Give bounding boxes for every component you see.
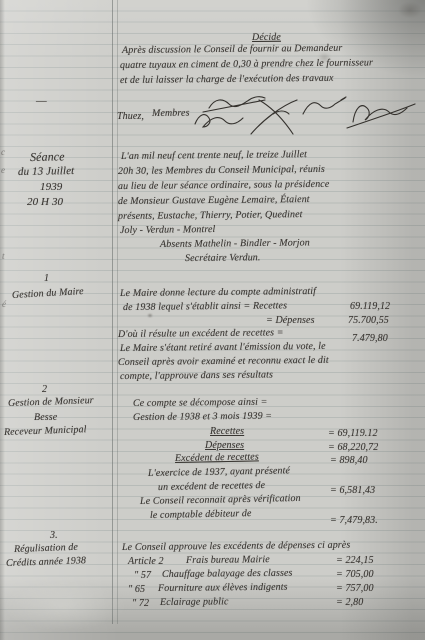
- paper-wear: [2, 582, 127, 630]
- session-line: L'an mil neuf cent trente neuf, le treiz…: [121, 150, 307, 162]
- session-line: au lieu de leur séance ordinaire, sous l…: [118, 180, 329, 192]
- deliberation-line: Après discussion le Conseil de fournir a…: [122, 44, 342, 56]
- margin-heading-gestion-receveur: Gestion de Monsieur: [8, 396, 94, 409]
- entry-line: le comptable débiteur de: [150, 509, 252, 521]
- signature: [259, 100, 293, 134]
- deliberation-line: et de lui laisser la charge de l'exécuti…: [120, 74, 334, 86]
- margin-heading-gestion-maire: Gestion du Maire: [12, 287, 84, 301]
- margin-heading-receveur: Receveur Municipal: [4, 425, 87, 438]
- signature: [341, 97, 346, 100]
- margin-heading-regularisation: Régulisation de: [14, 543, 78, 555]
- margin-session-year: 1939: [40, 182, 62, 193]
- margin-session-time: 20 H 30: [27, 197, 63, 208]
- article-ref: " 72: [132, 599, 149, 609]
- article-amount: = 705,00: [336, 570, 374, 580]
- signature-flourish: [203, 100, 265, 112]
- register-page: { "top_note": { "inserted_word": "Décide…: [0, 0, 425, 640]
- amount-debiteur: = 7,479,83.: [330, 516, 378, 526]
- entry-line: un excédent de recettes de: [158, 481, 265, 493]
- inserted-word-decide: Décide: [252, 33, 281, 43]
- entry-line: L'exercice de 1937, ayant présenté: [148, 466, 290, 479]
- row-amount-excedent: = 898,40: [330, 456, 368, 466]
- entry-line: Le Maire donne lecture du compte adminis…: [120, 287, 316, 299]
- article-label: Chauffage balayage des classes: [162, 569, 293, 580]
- edge-mark: c: [1, 148, 5, 157]
- signature: [303, 98, 345, 114]
- ink-spot: [147, 313, 153, 318]
- margin-dash: —: [36, 94, 47, 106]
- deliberation-line: quatre tuyaux en ciment de 0,30 à prendr…: [120, 58, 373, 71]
- article-ref: " 65: [128, 585, 145, 595]
- entry-line: D'où il résulte un excédent de recettes …: [118, 328, 284, 340]
- row-amount-depenses: = 68,220,72: [328, 443, 378, 453]
- entry-line: Le Conseil reconnait après vérification: [140, 494, 301, 507]
- margin-heading-credits-1938: Crédits année 1938: [6, 556, 86, 569]
- amount-excedent-1937: = 6,581,43: [330, 486, 375, 496]
- margin-session-date: du 13 Juillet: [18, 166, 74, 178]
- edge-mark: t: [2, 252, 5, 261]
- section-number-2: 2: [42, 385, 47, 395]
- session-line: de Monsieur Gustave Eugène Lemaire, Étai…: [118, 195, 310, 207]
- row-amount-recettes: = 69,119.12: [328, 429, 378, 439]
- corner-smudge: [398, 2, 422, 18]
- edge-mark: é: [2, 300, 6, 309]
- article-label: Eclairage public: [160, 597, 229, 608]
- entry-line: Ce compte se décompose ainsi =: [133, 398, 268, 409]
- article-label: Frais bureau Mairie: [186, 555, 270, 566]
- row-label-depenses: Dépenses: [205, 441, 244, 451]
- article-amount: = 757,00: [336, 584, 374, 594]
- signature: [353, 106, 407, 122]
- entry-line: de 1938 lequel s'établit ainsi = Recette…: [123, 301, 287, 313]
- signature-underline: [347, 104, 415, 128]
- edge-mark: e: [1, 166, 5, 175]
- signatures-strip: [113, 90, 425, 142]
- section-number-3: 3.: [50, 531, 58, 541]
- session-line: présents, Eustache, Thierry, Potier, Que…: [118, 210, 303, 222]
- signature: [195, 115, 243, 127]
- article-ref: Article 2: [128, 557, 164, 567]
- entry-line: Gestion de 1938 et 3 mois 1939 =: [133, 412, 272, 423]
- session-line-secretaire: Secrétaire Verdun.: [185, 253, 261, 264]
- section-number-1: 1: [44, 274, 49, 284]
- entry-line: Le Conseil approuve les excédents de dép…: [122, 541, 350, 553]
- entry-line: compte, l'approuve dans ses résultats: [120, 370, 273, 382]
- amount-recettes-1938: 69.119,12: [350, 302, 390, 312]
- article-amount: = 224,15: [336, 556, 374, 566]
- session-line-absents: Absents Mathelin - Bindler - Morjon: [160, 238, 310, 250]
- article-amount: = 2,80: [336, 598, 363, 608]
- row-label-recettes: Recettes: [210, 427, 244, 437]
- margin-session-title: Séance: [30, 150, 65, 163]
- amount-excedent: 7.479,80: [352, 334, 388, 344]
- label-depenses: = Dépenses: [266, 316, 315, 326]
- article-ref: " 57: [134, 571, 151, 581]
- session-line: 20h 30, les Membres du Conseil Municipal…: [118, 165, 325, 177]
- entry-line: Conseil après avoir examiné et reconnu e…: [118, 356, 329, 368]
- session-line: Joly - Verdun - Montrel: [120, 225, 216, 236]
- margin-heading-besse: Besse: [34, 413, 57, 423]
- row-label-excedent: Excédent de recettes: [175, 452, 259, 464]
- article-label: Fourniture aux élèves indigents: [158, 583, 288, 594]
- signature-flourish: [209, 97, 265, 108]
- entry-line: Le Maire s'étant retiré avant l'émission…: [120, 342, 326, 354]
- amount-depenses-1938: 75.700,55: [348, 316, 389, 326]
